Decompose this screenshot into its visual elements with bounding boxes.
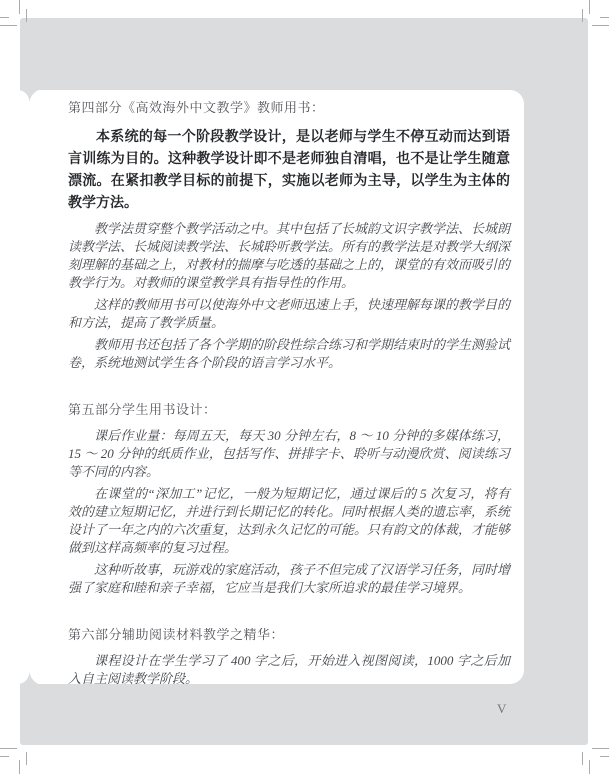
paragraph: 这样的教师用书可以使海外中文老师迅速上手，快速理解每课的教学目的和方法，提高了教… <box>68 296 510 332</box>
paragraph-bold-intro: 本系统的每一个阶段教学设计，是以老师与学生不停互动而达到语言训练为目的。这种教学… <box>68 125 510 213</box>
paragraph: 这种听故事，玩游戏的家庭活动，孩子不但完成了汉语学习任务，同时增强了家庭和睦和亲… <box>68 561 510 597</box>
paragraph: 教师用书还包括了各个学期的阶段性综合练习和学期结束时的学生测验试卷，系统地测试学… <box>68 336 510 372</box>
content-area: 第四部分《高效海外中文教学》教师用书： 本系统的每一个阶段教学设计，是以老师与学… <box>20 90 524 684</box>
corner-curl-top <box>20 90 39 102</box>
section-heading-part5: 第五部分学生用书设计： <box>68 402 510 417</box>
paragraph: 在课堂的“深加工”记忆，一般为短期记忆，通过课后的 5 次复习，将有效的建立短期… <box>68 485 510 557</box>
paragraph: 课后作业量：每周五天，每天 30 分钟左右，8 ～ 10 分钟的多媒体练习，15… <box>68 427 510 481</box>
paragraph: 教学法贯穿整个教学活动之中。其中包括了长城韵文识字教学法、长城朗读教学法、长城阅… <box>68 220 510 292</box>
page-number: V <box>497 701 507 717</box>
section-heading-part4: 第四部分《高效海外中文教学》教师用书： <box>68 100 510 115</box>
corner-curl-bottom <box>20 672 39 684</box>
content-panel: 第四部分《高效海外中文教学》教师用书： 本系统的每一个阶段教学设计，是以老师与学… <box>20 90 524 684</box>
document-page: { "colors": { "page_background": "#dbdcd… <box>0 0 609 774</box>
paragraph: 课程设计在学生学习了 400 字之后，开始进入视图阅读，1000 字之后加入自主… <box>68 652 510 688</box>
section-heading-part6: 第六部分辅助阅读材料教学之精华： <box>68 627 510 642</box>
page-background: 第四部分《高效海外中文教学》教师用书： 本系统的每一个阶段教学设计，是以老师与学… <box>20 18 588 745</box>
